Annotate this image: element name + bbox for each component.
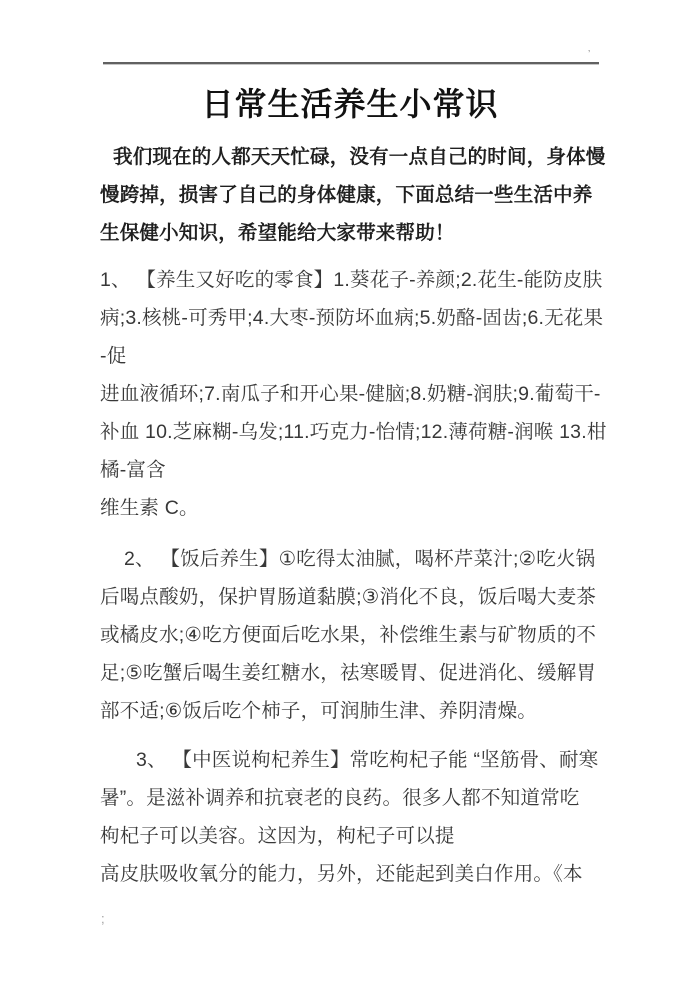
section-after-meal-care: 2、 【饭后养生】①吃得太油腻，喝杯芹菜汁;②吃火锅 后喝点酸奶，保护胃肠道黏膜… [100,540,612,730]
stray-mark-bottom-left: ; [101,912,105,926]
text-line: 生保健小知识，希望能给大家带来帮助！ [100,214,612,252]
intro-paragraph: 我们现在的人都天天忙碌，没有一点自己的时间，身体慢 慢跨掉，损害了自己的身体健康… [100,138,612,252]
text-line: 部不适;⑥饭后吃个柿子，可润肺生津、养阴清燥。 [100,692,612,730]
text-line: 2、 【饭后养生】①吃得太油腻，喝杯芹菜汁;②吃火锅 [100,540,612,578]
text-line: 慢跨掉，损害了自己的身体健康，下面总结一些生活中养 [100,176,612,214]
text-line: -促 [100,337,612,375]
text-line: 枸杞子可以美容。这因为，枸杞子可以提 [100,817,612,855]
text-line: 高皮肤吸收氧分的能力，另外，还能起到美白作用。《本 [100,855,612,893]
text-line: 我们现在的人都天天忙碌，没有一点自己的时间，身体慢 [100,138,612,176]
document-page: ’ 日常生活养生小常识 我们现在的人都天天忙碌，没有一点自己的时间，身体慢 慢跨… [0,0,700,991]
section-healthy-snacks: 1、 【养生又好吃的零食】1.葵花子-养颜;2.花生-能防皮肤 病;3.核桃-可… [100,261,612,527]
text-line: 3、 【中医说枸杞养生】常吃枸杞子能 “坚筋骨、耐寒 [100,741,612,779]
text-line: 暑”。是滋补调养和抗衰老的良药。很多人都不知道常吃 [100,779,612,817]
text-line: 进血液循环;7.南瓜子和开心果-健脑;8.奶糖-润肤;9.葡萄干- [100,375,612,413]
stray-mark-top-right: ’ [588,50,590,60]
text-line: 或橘皮水;④吃方便面后吃水果，补偿维生素与矿物质的不 [100,616,612,654]
text-line: 病;3.核桃-可秀甲;4.大枣-预防坏血病;5.奶酪-固齿;6.无花果 [100,299,612,337]
text-line: 维生素 C。 [100,489,612,527]
page-title: 日常生活养生小常识 [0,84,700,124]
section-goji-berry: 3、 【中医说枸杞养生】常吃枸杞子能 “坚筋骨、耐寒 暑”。是滋补调养和抗衰老的… [100,741,612,893]
header-rule [103,62,599,64]
text-line: 后喝点酸奶，保护胃肠道黏膜;③消化不良，饭后喝大麦茶 [100,578,612,616]
text-line: 1、 【养生又好吃的零食】1.葵花子-养颜;2.花生-能防皮肤 [100,261,612,299]
text-line: 足;⑤吃蟹后喝生姜红糖水，祛寒暖胃、促进消化、缓解胃 [100,654,612,692]
text-line: 橘-富含 [100,451,612,489]
text-line: 补血 10.芝麻糊-乌发;11.巧克力-怡情;12.薄荷糖-润喉 13.柑 [100,413,612,451]
